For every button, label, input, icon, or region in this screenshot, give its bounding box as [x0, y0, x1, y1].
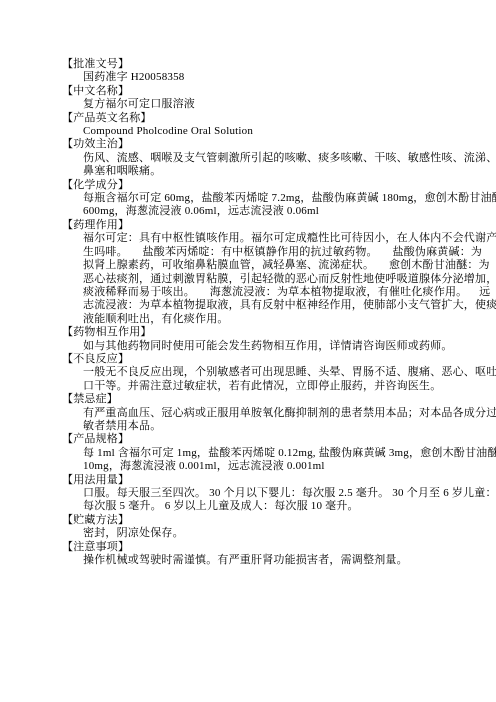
section-header: 【用法用量】 [62, 474, 472, 487]
section-header: 【药物相互作用】 [62, 326, 472, 339]
section-text-line: 伤风、流感、咽喉及支气管刺激所引起的咳嗽、痰多咳嗽、干咳、敏感性咳、流涕、 [62, 152, 472, 165]
drug-leaflet-body: 【批准文号】国药准字 H20058358【中文名称】复方福尔可定口服溶液【产品英… [62, 58, 472, 567]
leaflet-section: 【产品规格】每 1ml 含福尔可定 1mg，盐酸苯丙烯啶 0.12mg, 盐酸伪… [62, 433, 472, 473]
leaflet-section: 【药理作用】福尔可定：具有中枢性镇咳作用。福尔可定成瘾性比可待因小，在人体内不会… [62, 219, 472, 326]
leaflet-section: 【产品英文名称】Compound Pholcodine Oral Solutio… [62, 112, 472, 139]
section-text-line: 恶心祛痰剂，通过刺激胃粘膜，引起轻微的恶心而反射性地使呼吸道腺体分泌增加， [62, 273, 472, 286]
section-text-line: 有严重高血压、冠心病或正服用单胺氧化酶抑制剂的患者禁用本品；对本品各成分过 [62, 407, 472, 420]
section-header: 【批准文号】 [62, 58, 472, 71]
section-text-line: 国药准字 H20058358 [62, 71, 472, 84]
section-header: 【化学成分】 [62, 179, 472, 192]
leaflet-section: 【禁忌症】有严重高血压、冠心病或正服用单胺氧化酶抑制剂的患者禁用本品；对本品各成… [62, 393, 472, 433]
section-text-line: 生吗啡。 盐酸苯丙烯啶：有中枢镇静作用的抗过敏药物。 盐酸伪麻黄碱：为 [62, 246, 472, 259]
section-text-line: 如与其他药物同时使用可能会发生药物相互作用，详情请咨询医师或药师。 [62, 340, 472, 353]
section-text-line: 拟肾上腺素药，可收缩鼻粘膜血管，减轻鼻塞、流涕症状。 愈创木酚甘油醚：为 [62, 259, 472, 272]
leaflet-section: 【药物相互作用】如与其他药物同时使用可能会发生药物相互作用，详情请咨询医师或药师… [62, 326, 472, 353]
leaflet-section: 【贮藏方法】密封，阴凉处保存。 [62, 514, 472, 541]
section-text-line: 液能顺利吐出，有化痰作用。 [62, 313, 472, 326]
section-header: 【中文名称】 [62, 85, 472, 98]
section-text-line: 口服。每天服三至四次。 30 个月以下婴儿：每次服 2.5 毫升。 30 个月至… [62, 487, 472, 500]
leaflet-section: 【用法用量】口服。每天服三至四次。 30 个月以下婴儿：每次服 2.5 毫升。 … [62, 474, 472, 514]
section-header: 【产品规格】 [62, 433, 472, 446]
section-text-line: 敏者禁用本品。 [62, 420, 472, 433]
section-text-line: 每瓶含福尔可定 60mg，盐酸苯丙烯啶 7.2mg，盐酸伪麻黄碱 180mg，愈… [62, 192, 472, 205]
section-text-line: 600mg，海葱流浸液 0.06ml，远志流浸液 0.06ml [62, 205, 472, 218]
section-text-line: 志流浸液：为草本植物提取液，具有反射中枢神经作用，使肺部小支气管扩大，使痰 [62, 299, 472, 312]
section-text-line: 10mg，海葱流浸液 0.001ml，远志流浸液 0.001ml [62, 460, 472, 473]
section-text-line: 口干等。并需注意过敏症状，若有此情况，立即停止服药，并咨询医生。 [62, 380, 472, 393]
section-header: 【禁忌症】 [62, 393, 472, 406]
section-text-line: 每次服 5 毫升。 6 岁以上儿童及成人：每次服 10 毫升。 [62, 500, 472, 513]
section-header: 【药理作用】 [62, 219, 472, 232]
section-text-line: 鼻塞和咽喉痛。 [62, 165, 472, 178]
leaflet-section: 【中文名称】复方福尔可定口服溶液 [62, 85, 472, 112]
section-header: 【产品英文名称】 [62, 112, 472, 125]
section-text-line: 每 1ml 含福尔可定 1mg，盐酸苯丙烯啶 0.12mg, 盐酸伪麻黄碱 3m… [62, 447, 472, 460]
section-text-line: Compound Pholcodine Oral Solution [62, 125, 472, 138]
section-text-line: 操作机械或驾驶时需谨慎。有严重肝肾功能损害者，需调整剂量。 [62, 554, 472, 567]
section-header: 【贮藏方法】 [62, 514, 472, 527]
section-text-line: 福尔可定：具有中枢性镇咳作用。福尔可定成瘾性比可待因小，在人体内不会代谢产 [62, 232, 472, 245]
section-text-line: 痰液稀释而易于咳出。 海葱流浸液：为草本植物提取液，有催吐化痰作用。 远 [62, 286, 472, 299]
section-text-line: 密封，阴凉处保存。 [62, 527, 472, 540]
section-text-line: 复方福尔可定口服溶液 [62, 98, 472, 111]
document-page: 【批准文号】国药准字 H20058358【中文名称】复方福尔可定口服溶液【产品英… [0, 0, 496, 702]
leaflet-section: 【不良反应】一般无不良反应出现，个别敏感者可出现思睡、头晕、胃肠不适、腹痛、恶心… [62, 353, 472, 393]
section-text-line: 一般无不良反应出现，个别敏感者可出现思睡、头晕、胃肠不适、腹痛、恶心、呕吐、 [62, 366, 472, 379]
section-header: 【注意事项】 [62, 541, 472, 554]
leaflet-section: 【化学成分】每瓶含福尔可定 60mg，盐酸苯丙烯啶 7.2mg，盐酸伪麻黄碱 1… [62, 179, 472, 219]
section-header: 【不良反应】 [62, 353, 472, 366]
leaflet-section: 【批准文号】国药准字 H20058358 [62, 58, 472, 85]
leaflet-section: 【功效主治】伤风、流感、咽喉及支气管刺激所引起的咳嗽、痰多咳嗽、干咳、敏感性咳、… [62, 138, 472, 178]
leaflet-section: 【注意事项】操作机械或驾驶时需谨慎。有严重肝肾功能损害者，需调整剂量。 [62, 541, 472, 568]
section-header: 【功效主治】 [62, 138, 472, 151]
